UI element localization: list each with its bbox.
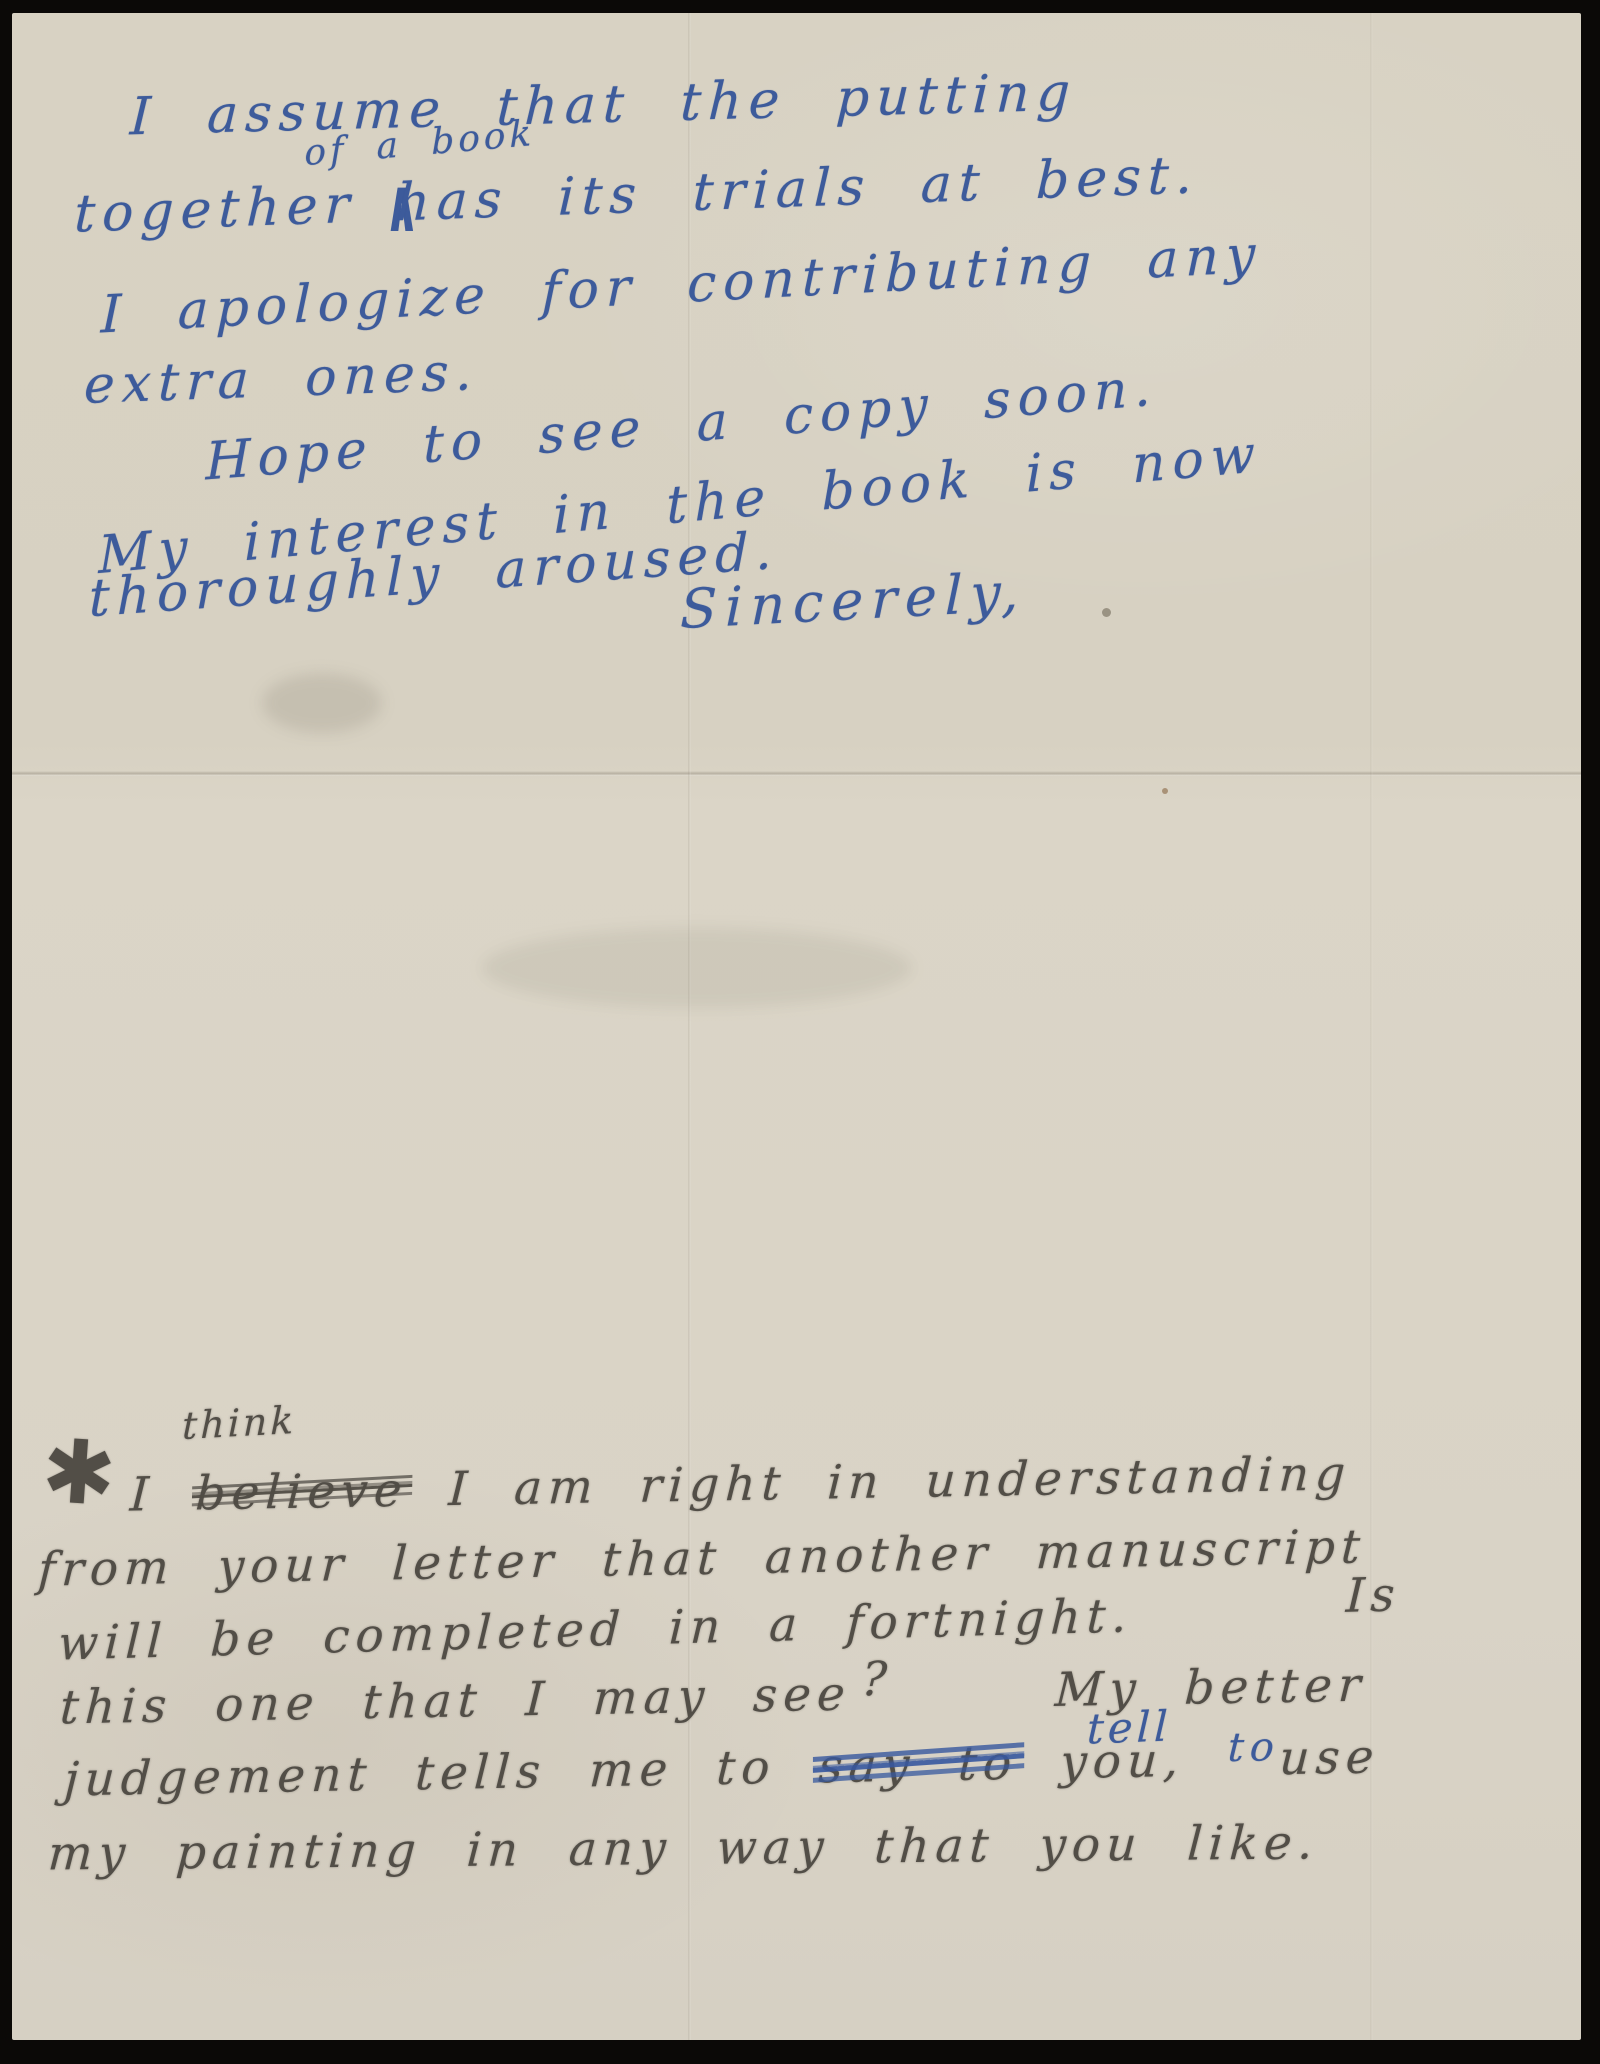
pencil-line-5-mid: you,	[1059, 1733, 1186, 1790]
pencil-line-5: judgement tells me to say to you, touse	[63, 1729, 1381, 1807]
ink-line-2-rest: has its trials at best.	[395, 145, 1200, 233]
pencil-line-6: my painting in any way that you like.	[46, 1815, 1320, 1881]
pencil-line-1-start: I	[129, 1467, 156, 1522]
ink-ghost-smudge	[482, 928, 912, 1008]
letter-page: I assume that the putting of a book ∧ to…	[12, 13, 1581, 2040]
photo-backdrop: I assume that the putting of a book ∧ to…	[0, 0, 1600, 2064]
pencil-line-1-rest: I am right in understanding	[447, 1446, 1352, 1517]
pencil-line-3-main: will be completed in a fortnight.	[57, 1588, 1134, 1671]
ink-line-3-text: I apologize for contributing any	[100, 224, 1262, 345]
pencil-question-mark: ?	[860, 1652, 894, 1708]
pencil-line-2-text: from your letter that another manuscript	[37, 1519, 1368, 1597]
pencil-line-3: will be completed in a fortnight. Is	[57, 1581, 1401, 1671]
pencil-insertion-think: think	[182, 1398, 297, 1448]
pencil-line-6-text: my painting in any way that you like.	[46, 1815, 1320, 1881]
pencil-line-4-start: this one that I may see	[59, 1667, 853, 1736]
pencil-line-5-end: use	[1278, 1729, 1381, 1786]
asterisk-glyph: ✱	[38, 1419, 119, 1527]
pencil-line-1: I believe I am right in understanding	[129, 1446, 1353, 1522]
ink-line-4: extra ones.	[83, 342, 480, 416]
ink-line-2-word: together	[73, 175, 357, 245]
pencil-insertion-think-text: think	[182, 1398, 297, 1448]
ink-line-2: togetherhas its trials at best.	[73, 145, 1200, 244]
pencil-line-2: from your letter that another manuscript	[37, 1519, 1368, 1597]
horizontal-fold-crease	[12, 771, 1581, 776]
pencil-struck-say-to: say to	[817, 1736, 1019, 1795]
pencil-struck-believe: believe	[194, 1463, 409, 1522]
pencil-line-3-end: Is	[1345, 1567, 1402, 1624]
pencil-smudge	[262, 673, 382, 733]
paper-speck	[1102, 608, 1111, 617]
paper-speck	[1162, 788, 1168, 794]
ink-insertion-to: to	[1227, 1724, 1282, 1771]
ink-line-1-text: I assume that the putting	[129, 63, 1078, 148]
asterisk-marker: ✱	[38, 1419, 119, 1527]
pencil-line-5-start: judgement tells me to	[63, 1740, 777, 1807]
vertical-fold-crease	[688, 13, 691, 2040]
ink-line-1: I assume that the putting	[129, 63, 1078, 148]
ink-line-3: I apologize for contributing any	[100, 224, 1262, 345]
ink-line-4-text: extra ones.	[83, 342, 480, 416]
